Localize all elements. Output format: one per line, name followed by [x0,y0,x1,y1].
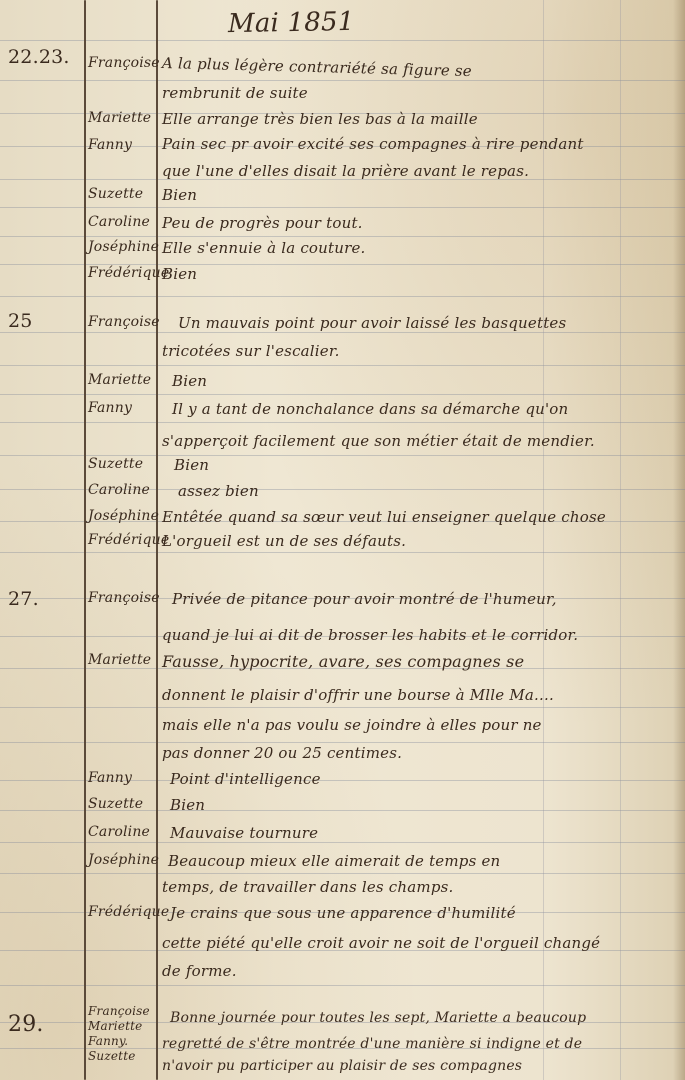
note-line: de forme. [162,962,237,980]
ruled-line [0,742,685,743]
note-line: Peu de progrès pour tout. [162,214,363,232]
note-line: s'apperçoit facilement que son métier ét… [162,432,595,450]
ruled-line [0,707,685,708]
note-line: Bien [172,372,207,390]
pupil-name: Frédérique [88,532,169,548]
note-line: L'orgueil est un de ses défauts. [162,532,406,550]
pupil-name: Frédérique [88,904,169,920]
note-line: tricotées sur l'escalier. [162,342,340,360]
pupil-name: Caroline [88,824,150,840]
ruled-line [0,552,685,553]
ruled-line [0,873,685,874]
ruled-line [0,394,685,395]
column-rule [620,0,621,1080]
pupil-names-group: Françoise Mariette Fanny. Suzette [88,1004,154,1064]
ruled-line [0,80,685,81]
note-line: Bien [162,186,197,204]
note-line: Un mauvais point pour avoir laissé les b… [178,314,566,332]
note-line: Bonne journée pour toutes les sept, Mari… [170,1010,586,1026]
ruled-line [0,842,685,843]
pupil-name: Fanny [88,400,132,416]
ruled-line [0,365,685,366]
ruled-line [0,296,685,297]
ruled-line [0,40,685,41]
pupil-name: Françoise [88,55,160,71]
note-line: n'avoir pu participer au plaisir de ses … [162,1058,522,1074]
ruled-line [0,985,685,986]
note-line: Elle arrange très bien les bas à la mail… [162,110,478,128]
note-line: mais elle n'a pas voulu se joindre à ell… [162,716,542,734]
ruled-line [0,332,685,333]
page-title: Mai 1851 [228,7,355,39]
note-line: temps, de travailler dans les champs. [162,878,453,896]
note-line: pas donner 20 ou 25 centimes. [162,744,402,762]
pupil-name: Joséphine [88,239,159,255]
pupil-name: Joséphine [88,508,159,524]
ledger-page: Mai 1851 22.23. Françoise A la plus légè… [0,0,685,1080]
ruled-line [0,207,685,208]
entry-date: 27. [8,588,39,610]
entry-date: 25 [8,310,33,332]
pupil-name: Suzette [88,186,143,202]
pupil-name: Caroline [88,214,150,230]
note-line: Beaucoup mieux elle aimerait de temps en [168,852,500,870]
note-line: Pain sec pr avoir excité ses compagnes à… [162,135,584,153]
note-line: Point d'intelligence [170,770,321,788]
pupil-name: Suzette [88,456,143,472]
ruled-line [0,236,685,237]
note-line: donnent le plaisir d'offrir une bourse à… [162,686,554,704]
ruled-line [0,422,685,423]
page-edge-shadow [673,0,685,1080]
note-line: Bien [170,796,205,814]
column-rule [543,0,544,1080]
note-line: Fausse, hypocrite, avare, ses compagnes … [162,652,524,671]
note-line: quand je lui ai dit de brosser les habit… [162,626,578,644]
note-line: Mauvaise tournure [170,824,318,842]
note-line: que l'une d'elles disait la prière avant… [162,162,529,180]
pupil-name: Mariette [88,110,151,126]
note-line: A la plus légère contrariété sa figure s… [162,54,472,80]
note-line: Bien [162,265,197,283]
note-line: assez bien [178,482,259,500]
pupil-name: Françoise [88,314,160,330]
pupil-name: Joséphine [88,852,159,868]
date-margin-rule [84,0,86,1080]
note-line: rembrunit de suite [162,84,308,102]
note-line: Elle s'ennuie à la couture. [162,239,366,257]
pupil-name: Françoise [88,590,160,606]
note-line: Il y a tant de nonchalance dans sa démar… [172,400,568,418]
note-line: regretté de s'être montrée d'une manière… [162,1036,582,1052]
pupil-name: Caroline [88,482,150,498]
pupil-name: Fanny [88,137,132,153]
note-line: cette piété qu'elle croit avoir ne soit … [162,934,600,952]
pupil-name: Suzette [88,796,143,812]
entry-date: 22.23. [8,46,70,68]
note-line: Je crains que sous une apparence d'humil… [170,904,516,922]
pupil-name: Fanny [88,770,132,786]
note-line: Entêtée quand sa sœur veut lui enseigner… [162,508,606,526]
note-line: Bien [174,456,209,474]
note-line: Privée de pitance pour avoir montré de l… [172,590,557,608]
pupil-name: Mariette [88,372,151,388]
pupil-name: Frédérique [88,265,169,281]
entry-date: 29. [8,1012,44,1037]
pupil-name: Mariette [88,652,151,668]
